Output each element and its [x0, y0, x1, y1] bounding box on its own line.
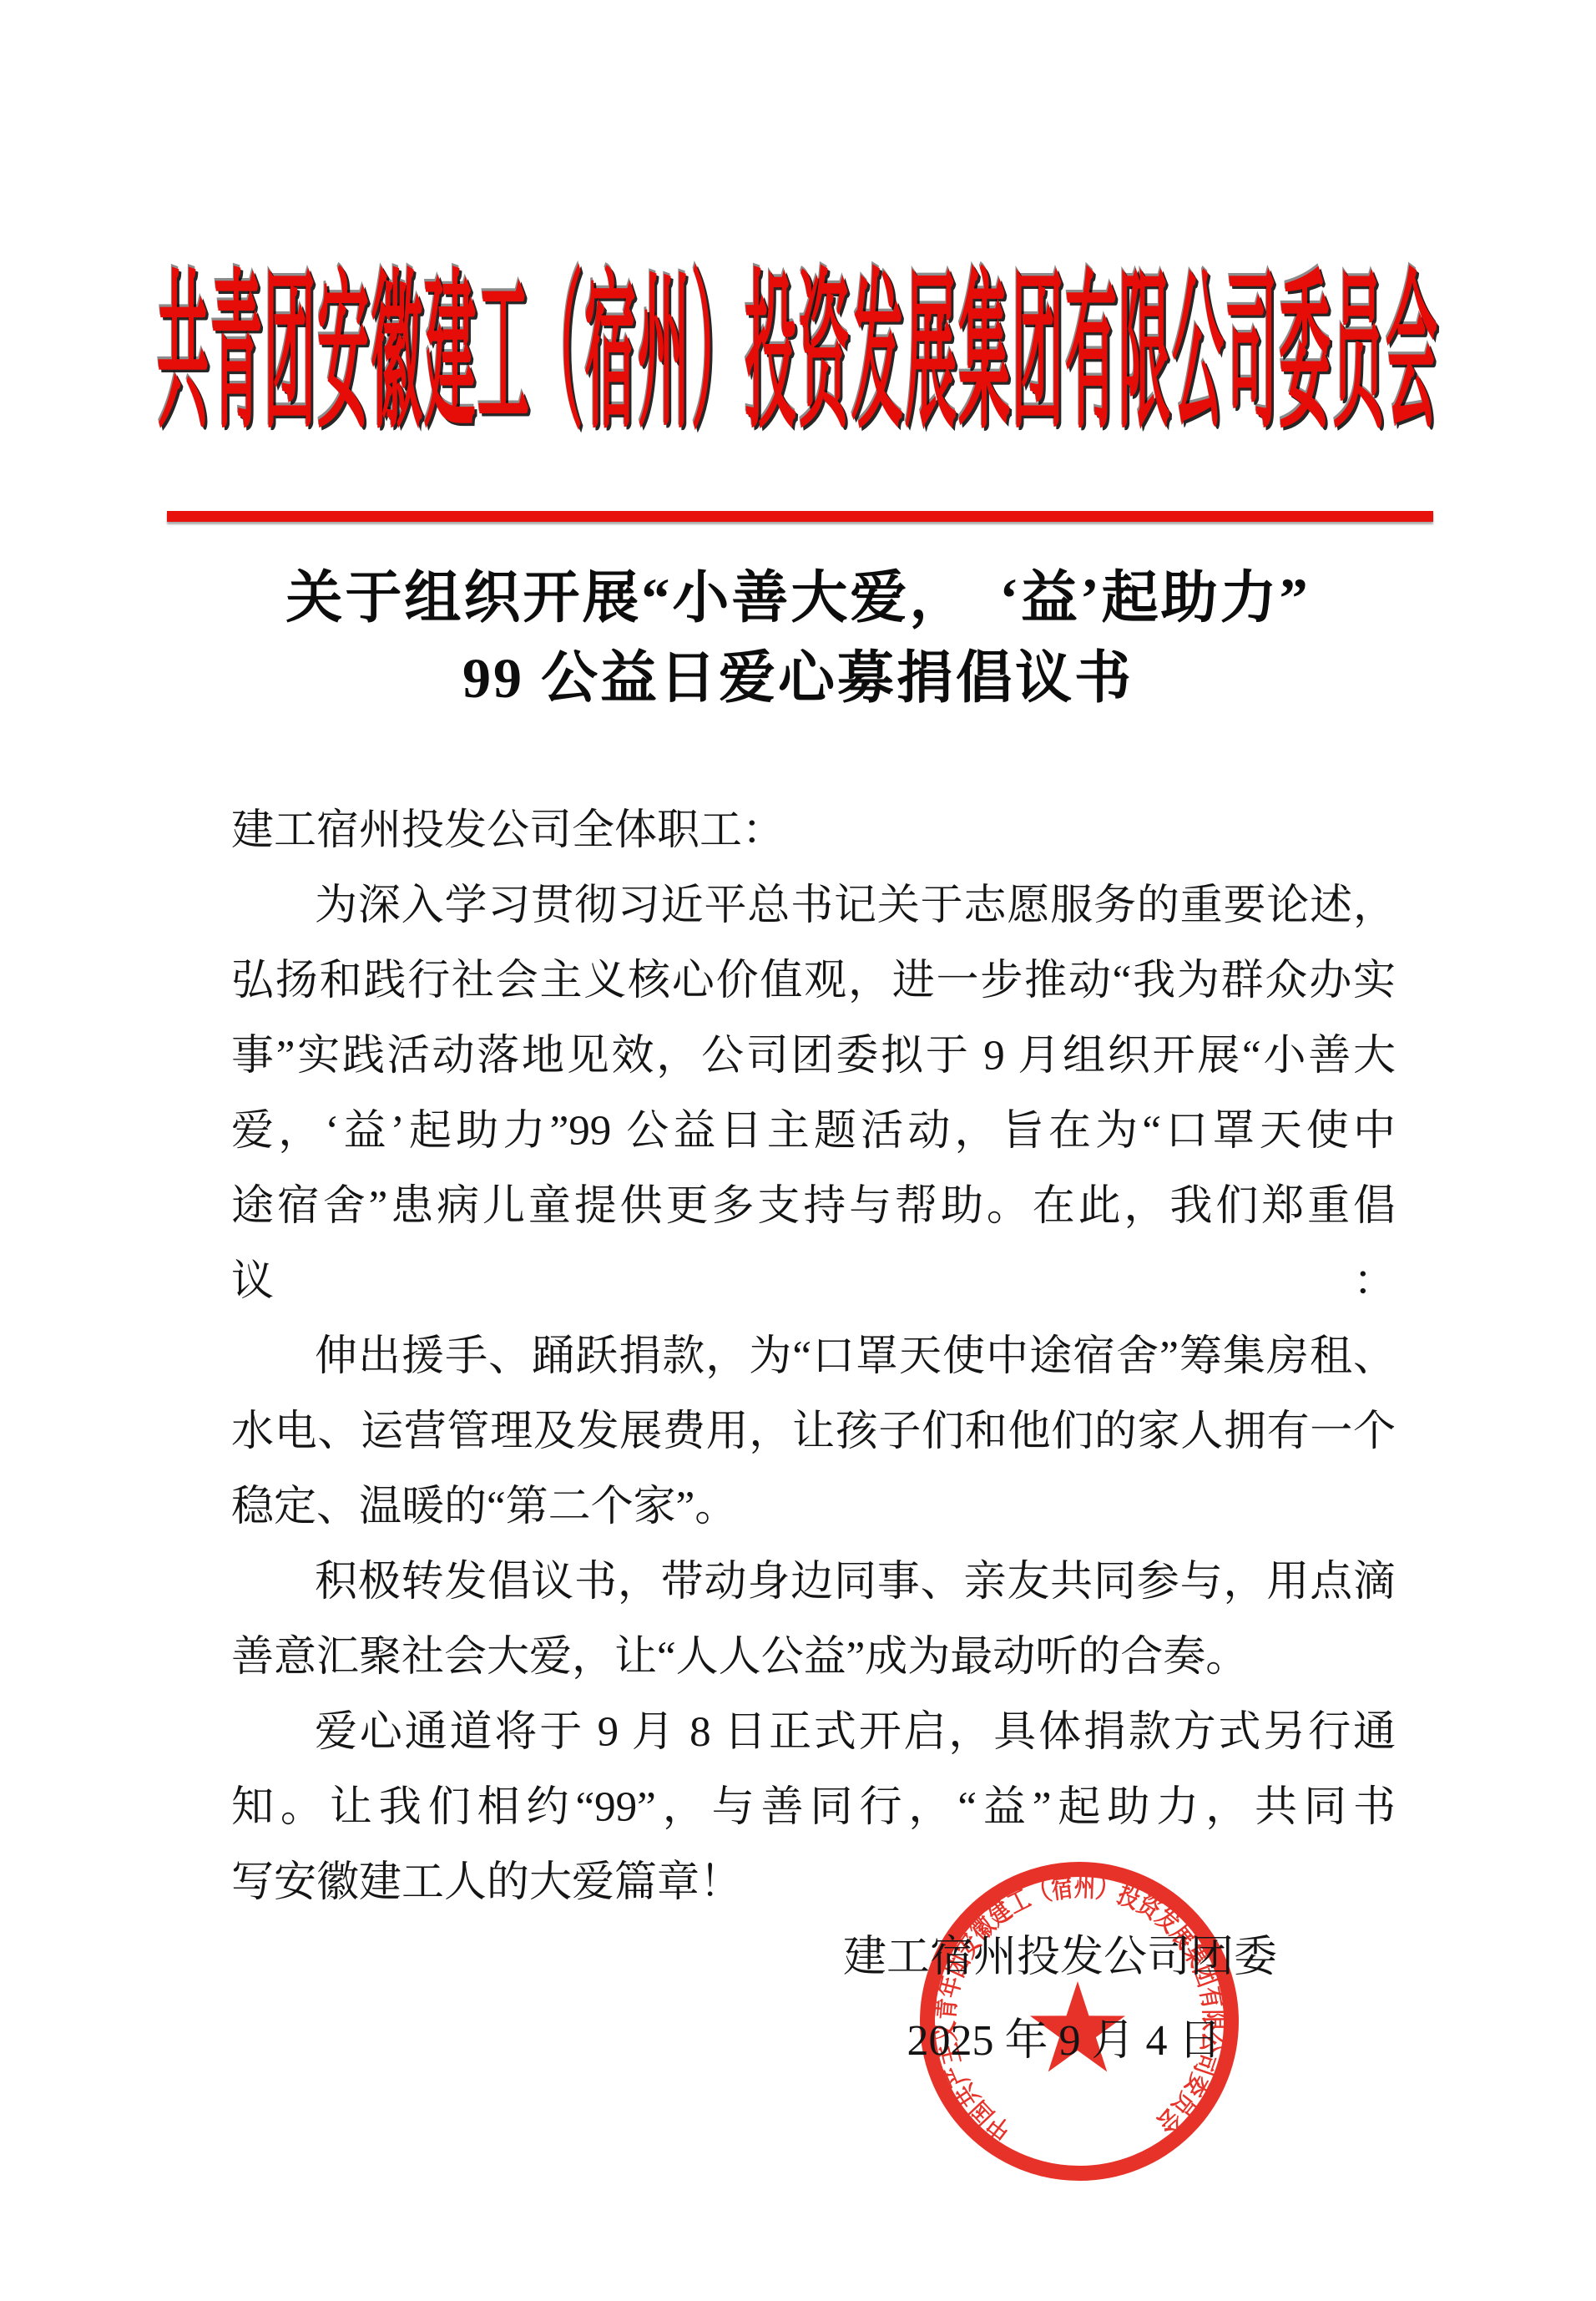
doc-title-line2: 99 公益日爱心募捐倡议书 [0, 638, 1596, 718]
body-line: 知。让我们相约“99”，与善同行，“益”起助力，共同书 [231, 1770, 1396, 1845]
org-header-text: 共青团安徽建工（宿州）投资发展集团有限公司委员会 [157, 215, 1439, 461]
body-line: 爱，‘益’起助力”99 公益日主题活动，旨在为“口罩天使中 [231, 1094, 1396, 1169]
red-rule [167, 511, 1433, 522]
body-line: 伸出援手、踊跃捐款，为“口罩天使中途宿舍”筹集房租、 [231, 1319, 1396, 1394]
document-page: 共青团安徽建工（宿州）投资发展集团有限公司委员会 关于组织开展“小善大爱， ‘益… [0, 0, 1596, 2301]
body-line: 途宿舍”患病儿童提供更多支持与帮助。在此，我们郑重倡议： [231, 1169, 1396, 1319]
body-line: 建工宿州投发公司全体职工： [231, 793, 1396, 868]
body-line: 为深入学习贯彻习近平总书记关于志愿服务的重要论述， [231, 868, 1396, 943]
body-line: 稳定、温暖的“第二个家”。 [231, 1469, 1396, 1545]
body-line: 事”实践活动落地见效，公司团委拟于 9 月组织开展“小善大 [231, 1019, 1396, 1094]
body-line: 善意汇聚社会大爱，让“人人公益”成为最动听的合奏。 [231, 1620, 1396, 1695]
body-text: 建工宿州投发公司全体职工：为深入学习贯彻习近平总书记关于志愿服务的重要论述，弘扬… [231, 793, 1396, 1920]
body-line: 水电、运营管理及发展费用，让孩子们和他们的家人拥有一个 [231, 1394, 1396, 1469]
body-line: 弘扬和践行社会主义核心价值观，进一步推动“我为群众办实 [231, 943, 1396, 1019]
signature-org: 建工宿州投发公司团委 [772, 1930, 1348, 1985]
doc-title-line1: 关于组织开展“小善大爱， ‘益’起助力” [0, 558, 1596, 638]
body-line: 爱心通道将于 9 月 8 日正式开启，具体捐款方式另行通 [231, 1695, 1396, 1770]
doc-title: 关于组织开展“小善大爱， ‘益’起助力” 99 公益日爱心募捐倡议书 [0, 558, 1596, 718]
signature-date: 2025 年 9 月 4 日 [772, 2014, 1356, 2069]
body-line: 积极转发倡议书，带动身边同事、亲友共同参与，用点滴 [231, 1545, 1396, 1620]
org-header: 共青团安徽建工（宿州）投资发展集团有限公司委员会 [0, 249, 1596, 427]
